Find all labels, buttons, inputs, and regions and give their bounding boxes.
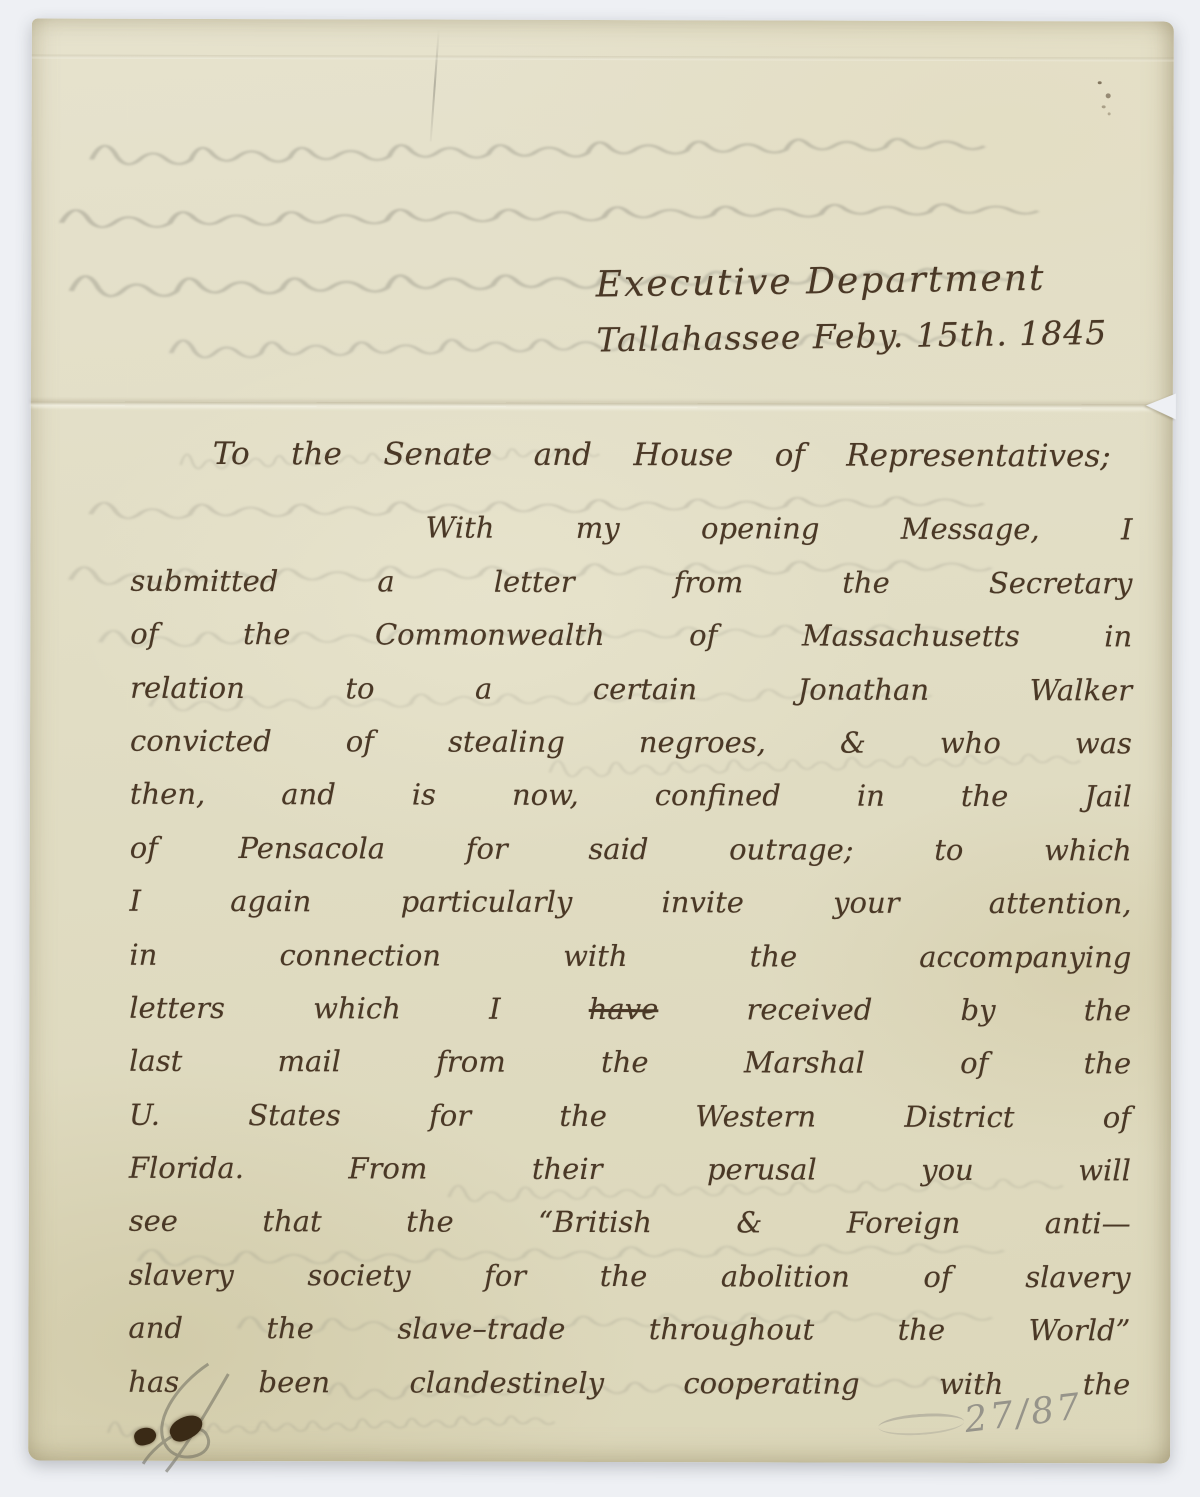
word: Secretary (989, 566, 1133, 600)
word: then, (130, 777, 205, 811)
word: for (484, 1259, 526, 1293)
word: Marshal (744, 1046, 865, 1080)
word: of (923, 1260, 951, 1294)
struck-word: have (589, 992, 659, 1026)
word: last (129, 1044, 182, 1078)
word: I (1121, 513, 1133, 547)
word: of (130, 831, 158, 865)
word: which (313, 991, 401, 1025)
letter-header: Executive Department Tallahassee Feby. 1… (595, 257, 1107, 360)
word: from (674, 565, 744, 599)
text-line: seethatthe“British&Foreignanti— (129, 1185, 1131, 1241)
word: the (1084, 1047, 1132, 1081)
word: U. (129, 1097, 160, 1131)
word: accompanying (919, 939, 1131, 974)
text-line: U.StatesfortheWesternDistrictof (129, 1078, 1131, 1134)
text-line: andtheslave–tradethroughouttheWorld” (128, 1292, 1130, 1348)
word: the (291, 437, 342, 473)
word: to (345, 671, 374, 705)
word: the (601, 1045, 649, 1079)
word: of (1103, 1100, 1131, 1134)
word: stealing (448, 725, 565, 759)
word: of (346, 724, 374, 758)
word: Massachusetts (802, 619, 1020, 654)
word: in (129, 937, 157, 971)
word: slavery (1025, 1260, 1130, 1294)
word: Walker (1030, 673, 1133, 707)
word: the (600, 1259, 648, 1293)
word: said (588, 832, 648, 866)
word: particularly (401, 885, 573, 919)
word: States (248, 1098, 341, 1132)
word: Foreign (847, 1206, 961, 1240)
word: now, (512, 778, 579, 812)
word: the (961, 779, 1009, 813)
text-line: convictedofstealingnegroes,&whowas (130, 704, 1132, 760)
word: Commonwealth (375, 618, 605, 653)
word: was (1075, 726, 1132, 760)
word: abolition (721, 1259, 850, 1293)
word: attention, (989, 886, 1132, 920)
word: House (633, 437, 733, 473)
word: connection (279, 938, 441, 972)
text-line: letterswhichIhavereceivedbythe (129, 971, 1131, 1027)
word: Representatives; (846, 438, 1111, 475)
text-line: then,andisnow,confinedintheJail (130, 758, 1132, 814)
text-line: TotheSenateandHouseofRepresentatives; (213, 419, 1111, 475)
word: confined (655, 778, 781, 812)
word: which (1044, 833, 1132, 867)
word: of (130, 617, 158, 651)
word: the (842, 565, 890, 599)
word: & (736, 1206, 762, 1240)
edge-tear (1146, 393, 1176, 419)
word: “British (538, 1205, 652, 1239)
text-line: inconnectionwiththeaccompanying (129, 918, 1131, 974)
text-line: ofPensacolaforsaidoutrage;towhich (130, 811, 1132, 867)
word: Senate (383, 437, 492, 473)
word: the (406, 1205, 454, 1239)
word: Pensacola (239, 831, 386, 865)
word: received (746, 992, 872, 1026)
word: a (475, 671, 492, 705)
word: anti— (1045, 1207, 1131, 1241)
word: mail (278, 1044, 341, 1078)
word: and (281, 778, 336, 812)
word: and (534, 437, 592, 473)
word: again (230, 884, 311, 918)
word: the (559, 1099, 607, 1133)
letter-body: WithmyopeningMessage,Isubmittedaletterfr… (128, 491, 1132, 1401)
word: World” (1029, 1313, 1131, 1347)
word: is (412, 778, 436, 812)
word: see (129, 1204, 178, 1238)
text-line: oftheCommonwealthofMassachusettsin (130, 598, 1132, 654)
word: Jonathan (798, 672, 929, 706)
word: the (1083, 1367, 1131, 1401)
word: that (262, 1205, 321, 1239)
word: from (436, 1045, 506, 1079)
word: certain (593, 672, 697, 706)
word: letter (494, 565, 575, 599)
letter-page: Executive Department Tallahassee Feby. 1… (28, 19, 1174, 1464)
word: submitted (130, 564, 278, 598)
word: the (898, 1313, 946, 1347)
header-department-line: Executive Department (595, 257, 1106, 306)
header-dateline: Tallahassee Feby. 15th. 1845 (596, 313, 1107, 360)
word: a (377, 564, 394, 598)
word: society (307, 1258, 410, 1292)
word: slavery (129, 1258, 234, 1292)
word: the (266, 1311, 314, 1345)
word: Message, (901, 512, 1040, 546)
word: who (940, 726, 1001, 760)
word: the (243, 617, 291, 651)
text-line: submittedaletterfromtheSecretary (130, 544, 1132, 600)
word: your (833, 886, 899, 920)
word: slave–trade (397, 1312, 565, 1346)
salutation-line: TotheSenateandHouseofRepresentatives; (213, 419, 1111, 475)
word: I (130, 884, 142, 918)
word: Western (695, 1099, 816, 1133)
text-line: relationtoacertainJonathanWalker (130, 651, 1132, 707)
text-line: Iagainparticularlyinviteyourattention, (130, 865, 1132, 921)
word: Florida. (129, 1151, 244, 1185)
word: invite (661, 885, 744, 919)
word: with (563, 938, 628, 972)
word: I (489, 992, 501, 1026)
word: District (904, 1099, 1014, 1133)
word: the (1084, 993, 1132, 1027)
word: for (429, 1098, 471, 1132)
word: been (259, 1365, 331, 1399)
ink-smudge (1094, 79, 1120, 119)
word: you (921, 1153, 974, 1187)
text-line: hasbeenclandestinelycooperatingwiththe (128, 1345, 1130, 1401)
text-line: lastmailfromtheMarshalofthe (129, 1025, 1131, 1081)
word: opening (701, 512, 819, 546)
word: convicted (130, 724, 272, 758)
word: & (840, 726, 866, 760)
word: With (426, 511, 495, 545)
word: cooperating (683, 1366, 859, 1400)
text-line: Florida.Fromtheirperusalyouwill (129, 1131, 1131, 1187)
word: To (213, 436, 250, 472)
word: throughout (649, 1312, 814, 1346)
word: relation (130, 670, 245, 704)
word: in (857, 779, 885, 813)
word: From (348, 1151, 427, 1185)
text-line: slaverysocietyfortheabolitionofslavery (129, 1238, 1131, 1294)
word: by (961, 993, 996, 1027)
word: outrage; (729, 832, 854, 866)
word: and (128, 1311, 183, 1345)
word: to (934, 833, 963, 867)
scan-background: Executive Department Tallahassee Feby. 1… (0, 0, 1200, 1497)
word: the (750, 939, 798, 973)
word: of (775, 438, 805, 474)
word: their (532, 1152, 603, 1186)
word: letters (129, 991, 225, 1025)
word: clandestinely (409, 1365, 604, 1400)
word: Jail (1084, 780, 1132, 814)
text-line: WithmyopeningMessage,I (131, 491, 1133, 547)
word: for (466, 831, 508, 865)
word: will (1078, 1153, 1131, 1187)
word: negroes, (639, 725, 766, 759)
word: perusal (707, 1152, 817, 1186)
word: in (1104, 619, 1132, 653)
word: of (689, 618, 717, 652)
word: of (960, 1046, 988, 1080)
word: my (576, 511, 620, 545)
